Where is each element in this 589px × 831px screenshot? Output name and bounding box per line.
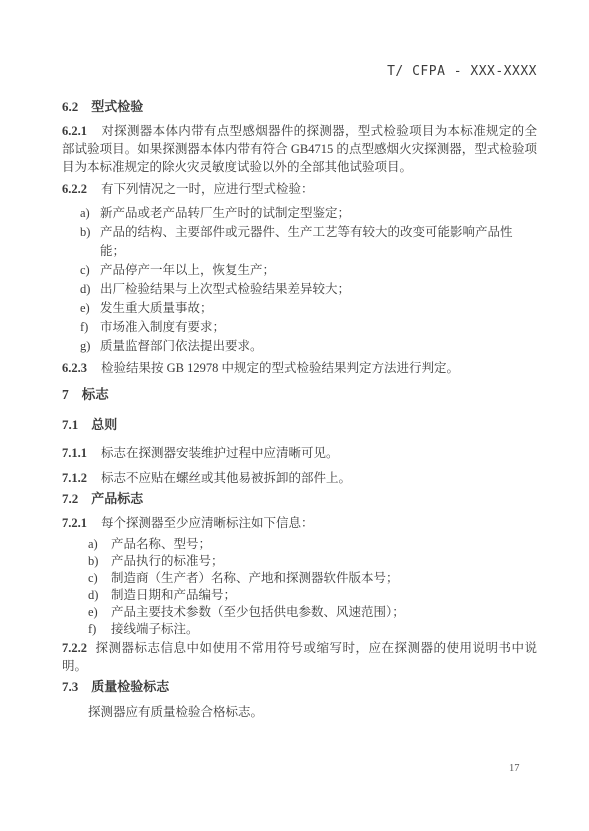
section-number: 7.2 [62,491,78,507]
list-item: c) 产品停产一年以上，恢复生产； [62,261,537,280]
clause-text: 标志不应贴在螺丝或其他易被拆卸的部件上。 [101,471,351,485]
list-marker: g) [80,337,100,356]
clause-text: 标志在探测器安装维护过程中应清晰可见。 [101,446,339,460]
clause-6-2-1: 6.2.1对探测器本体内带有点型感烟器件的探测器，型式检验项目为本标准规定的全部… [62,122,537,176]
clause-text: 检验结果按 GB 12978 中规定的型式检验结果判定方法进行判定。 [101,361,459,375]
list-item-text: 产品执行的标准号； [111,553,224,570]
section-heading-7-2: 7.2 产品标志 [62,491,537,507]
list-item-text: 制造商（生产者）名称、产地和探测器软件版本号； [111,570,399,587]
section-title: 总则 [91,417,117,433]
clause-number: 6.2.2 [62,182,87,196]
list-item: c) 制造商（生产者）名称、产地和探测器软件版本号； [62,570,537,587]
section-title: 质量检验标志 [91,679,169,695]
clause-text: 探测器标志信息中如使用不常用符号或缩写时，应在探测器的使用说明书中说明。 [62,641,537,673]
list-item-text: 产品的结构、主要部件或元器件、生产工艺等有较大的改变可能影响产品性能； [100,223,537,261]
list-item-text: 发生重大质量事故； [100,299,213,318]
list-marker: e) [88,604,111,621]
list-item: d) 制造日期和产品编号； [62,587,537,604]
clause-text: 对探测器本体内带有点型感烟器件的探测器，型式检验项目为本标准规定的全部试验项目。… [62,124,537,174]
document-page: T/ CFPA - XXX-XXXX 6.2 型式检验 6.2.1对探测器本体内… [0,0,589,831]
section-title: 产品标志 [91,491,143,507]
clause-6-2-3: 6.2.3检验结果按 GB 12978 中规定的型式检验结果判定方法进行判定。 [62,359,537,377]
clause-7-1-1: 7.1.1标志在探测器安装维护过程中应清晰可见。 [62,444,537,462]
doc-number: T/ CFPA - XXX-XXXX [62,64,537,80]
section-heading-7-3: 7.3 质量检验标志 [62,679,537,695]
list-7-2-1: a) 产品名称、型号； b) 产品执行的标准号； c) 制造商（生产者）名称、产… [62,536,537,638]
section-number: 6.2 [62,99,78,115]
clause-text: 有下列情况之一时，应进行型式检验： [101,182,314,196]
list-marker: e) [80,299,100,318]
list-marker: b) [88,553,111,570]
list-item-text: 新产品或老产品转厂生产时的试制定型鉴定； [100,204,350,223]
clause-6-2-2: 6.2.2有下列情况之一时，应进行型式检验： [62,180,537,198]
section-heading-7-1: 7.1 总则 [62,417,537,433]
list-item-text: 产品名称、型号； [111,536,211,553]
list-item: b) 产品执行的标准号； [62,553,537,570]
chapter-title: 标志 [82,387,109,403]
clause-7-2-2: 7.2.2探测器标志信息中如使用不常用符号或缩写时，应在探测器的使用说明书中说明… [62,639,537,675]
clause-7-3-body: 探测器应有质量检验合格标志。 [62,703,537,721]
list-marker: f) [80,318,100,337]
clause-number: 6.2.3 [62,361,87,375]
list-item-text: 产品主要技术参数（至少包括供电参数、风速范围）； [111,604,405,621]
list-marker: f) [88,621,111,638]
list-item: b) 产品的结构、主要部件或元器件、生产工艺等有较大的改变可能影响产品性能； [62,223,537,261]
section-title: 型式检验 [91,99,143,115]
list-item-text: 市场准入制度有要求； [100,318,225,337]
list-marker: d) [88,587,111,604]
list-item-text: 制造日期和产品编号； [111,587,236,604]
clause-text: 每个探测器至少应清晰标注如下信息： [101,516,314,530]
clause-7-2-1: 7.2.1每个探测器至少应清晰标注如下信息： [62,514,537,532]
list-item: a) 新产品或老产品转厂生产时的试制定型鉴定； [62,204,537,223]
list-marker: a) [80,204,100,223]
list-marker: d) [80,280,100,299]
list-item: e) 发生重大质量事故； [62,299,537,318]
list-6-2-2: a) 新产品或老产品转厂生产时的试制定型鉴定； b) 产品的结构、主要部件或元器… [62,204,537,356]
list-marker: b) [80,223,100,261]
list-marker: c) [80,261,100,280]
list-item-text: 出厂检验结果与上次型式检验结果差异较大； [100,280,350,299]
clause-number: 7.2.2 [62,641,87,655]
list-marker: a) [88,536,111,553]
list-item: e) 产品主要技术参数（至少包括供电参数、风速范围）； [62,604,537,621]
page-number: 17 [509,763,520,774]
list-item-text: 产品停产一年以上，恢复生产； [100,261,275,280]
chapter-heading-7: 7 标志 [62,387,537,403]
clause-number: 7.1.2 [62,471,87,485]
list-item: g) 质量监督部门依法提出要求。 [62,337,537,356]
list-item-text: 接线端子标注。 [111,621,199,638]
list-item: d) 出厂检验结果与上次型式检验结果差异较大； [62,280,537,299]
chapter-number: 7 [62,387,69,403]
clause-number: 7.2.1 [62,516,87,530]
list-item: f) 市场准入制度有要求； [62,318,537,337]
clause-number: 7.1.1 [62,446,87,460]
list-item: a) 产品名称、型号； [62,536,537,553]
section-number: 7.1 [62,417,78,433]
section-number: 7.3 [62,679,78,695]
list-marker: c) [88,570,111,587]
section-heading-6-2: 6.2 型式检验 [62,99,537,115]
clause-number: 6.2.1 [62,124,87,138]
list-item-text: 质量监督部门依法提出要求。 [100,337,263,356]
clause-7-1-2: 7.1.2标志不应贴在螺丝或其他易被拆卸的部件上。 [62,469,537,487]
list-item: f) 接线端子标注。 [62,621,537,638]
